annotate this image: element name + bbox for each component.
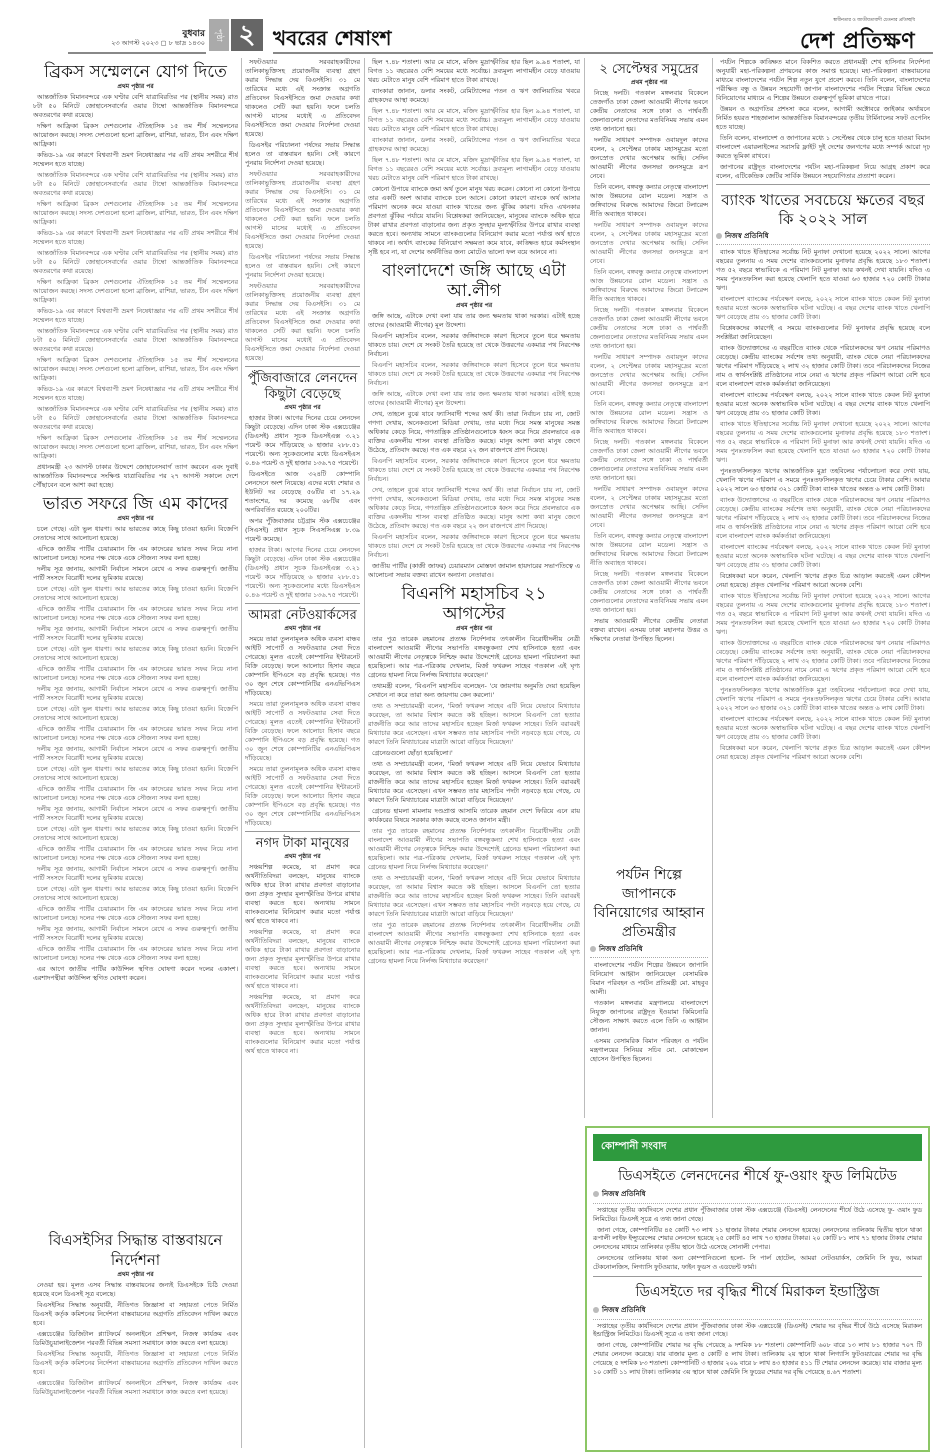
paragraph: বাংলাদেশ ব্যাংকের পর্যবেক্ষণ বলছে, ২০২২ … [716,295,930,322]
paragraph: আন্তর্জাতিক বিমানবন্দরে এক ঘণ্টার বেশি য… [33,171,238,198]
paragraph: অপর পুঁজিবাজার চট্টগ্রাম স্টক এক্সচেঞ্জে… [245,517,360,544]
paragraph: বাংলাদেশের পর্যটন শিল্পের উন্নয়নে জাপান… [590,961,708,997]
company-news-banner: কোম্পানী সংবাদ [593,1134,922,1161]
paragraph: এদিকে জাতীয় পার্টির চেয়ারম্যান জি এম ক… [33,905,238,923]
divider [716,244,930,245]
paragraph: এক্সচেঞ্জের ডিজিটাল প্ল্যাটফর্মে অনলাইনে… [33,1379,238,1397]
column-divider [712,58,713,1118]
headline: ব্যাংক খাতের সবচেয়ে ক্ষতের বছর কি ২০২২ … [716,191,930,229]
byline-text: নিজস্ব প্রতিনিধি [602,1306,646,1314]
paragraph: কোনো উপায়ে ব্যাংকে জমা অর্থ তুলে মানুষ … [368,185,580,257]
paragraph: তার পুত্র তারেক রহমানের প্রত্যক্ষ নির্দে… [368,635,580,680]
masthead: বুধবার ২৩ আগস্ট ২০২৩ ▢ ৮ ভাদ্র ১৪৩০ পৃষ্… [35,14,935,52]
paragraph: সঞ্চয়শিল্প কমেছে, যা প্রমাণ করে অর্থনীত… [245,863,360,926]
paragraph: এসময় বেসামরিক বিমান পরিবহন ও পর্যটন মন্… [590,1037,708,1064]
paragraph: তিনি বলেন, বঙ্গবন্ধু কন্যার নেতৃত্বে বাং… [590,532,708,568]
article-tourism: পর্যটন শিল্পে জাপানকে বিনিয়োগের আহ্বান … [590,862,708,1120]
paragraph: নিচ্ছে দলটি। গতকাল মঙ্গলবার বিকেলে তেজগা… [590,438,708,483]
headline: বাংলাদেশে জঙ্গি আছে এটা আ.লীগ [368,261,580,301]
paragraph: হাজার টাকা। আগের দিনের চেয়ে লেনদেন কিছু… [245,414,360,468]
divider [593,1203,922,1204]
byline-text: নিজস্ব প্রতিনিধি [725,232,769,240]
continued-label: প্রথম পৃষ্ঠার পর [368,301,580,310]
byline: নিজস্ব প্রতিনিধি [716,232,930,241]
continued-label: প্রথম পৃষ্ঠার পর [245,852,360,861]
paragraph: এদিকে জাতীয় পার্টির চেয়ারম্যান জি এম ক… [33,845,238,863]
divider [590,957,708,958]
paragraph: এক্সচেঞ্জের ডিজিটাল প্ল্যাটফর্মে অনলাইনে… [33,1330,238,1348]
page-number: ২ [231,19,263,51]
paragraph: দেখ, তাহলে বুঝে যাবে ফ্যাসিবাদী শব্দের অ… [368,410,580,455]
paragraph: বিশ্লেষকদের কারণেই এ সময়ে ব্যাংকগুলোর ন… [716,324,930,342]
newspaper-page: বুধবার ২৩ আগস্ট ২০২৩ ▢ ৮ ভাদ্র ১৪৩০ পৃষ্… [0,0,945,1452]
headline: আমরা নেটওয়ার্কসের [245,608,360,624]
paragraph: জানা গেছে, কোম্পানিটির ৪৫ কোটি ৭৩ লাখ ১১… [593,1227,922,1253]
column-divider [584,58,585,1118]
paragraph: দক্ষিণ আফ্রিকা ব্রিকস দেশগুলোর ঐতিহাসিক … [33,278,238,305]
paragraph: বাংলাদেশ ব্যাংকের পর্যবেক্ষণ বলছে, ২০২২ … [716,391,930,418]
publication-date: ২৩ আগস্ট ২০২৩ ▢ ৮ ভাদ্র ১৪৩০ [65,38,205,49]
headline: পুঁজিবাজারে লেনদেন কিছুটা বেড়েছে [245,371,360,403]
divider [245,831,360,832]
paragraph: তথ্য ও সম্প্রচারমন্ত্রী বলেন, 'মির্জা ফখ… [368,874,580,919]
paragraph: হাজার টাকা। আগের দিনের চেয়ে লেনদেন কিছু… [245,546,360,600]
headline: বিএনপি মহাসচিব ২১ আগস্টের [368,584,580,624]
paragraph: বাংলাদেশ ব্যাংকের পর্যবেক্ষণ বলছে, ২০২২ … [716,543,930,570]
paragraph: গ্রেনেড হামলা মামলায় দণ্ডপ্রাপ্ত আসামি … [368,807,580,825]
paragraph: লেনদেনের তালিকায় থাকা অন্য কোম্পানিগুলো… [593,1255,922,1273]
paragraph: বিএনপি মহাসচিব বলেন, সরকার জঙ্গিবাদকে কা… [368,361,580,388]
article-bnp-secretary: বিএনপি মহাসচিব ২১ আগস্টের প্রথম পৃষ্ঠার … [368,584,580,966]
paragraph: বিশ্লেষকরা মনে করেন, খেলাপি ঋণের প্রকৃত … [716,744,930,762]
byline-text: নিজস্ব প্রতিনিধি [602,1190,646,1198]
headline: নগদ টাকা মানুষের [245,836,360,852]
paragraph: আন্তর্জাতিক বিমানবন্দরে এক ঘণ্টার বেশি য… [33,249,238,276]
paragraph: দলীয় সূত্র জানায়, আগামী নির্বাচন সামনে… [33,925,238,943]
paragraph: এদিকে জাতীয় পার্টির চেয়ারম্যান জি এম ক… [33,665,238,683]
byline: নিজস্ব প্রতিনিধি [593,1304,922,1316]
paragraph: কভিড-১৯ এর কারণে বিশ্বব্যাপী ভ্রমণ নিষেধ… [33,307,238,325]
headline: পর্যটন শিল্পে জাপানকে বিনিয়োগের আহ্বান … [590,866,708,942]
paragraph: দলটির সাধারণ সম্পাদক ওবায়দুল কাদের বলেন… [590,136,708,181]
paragraph: দলীয় সূত্র জানায়, আগামী নির্বাচন সামনে… [33,685,238,703]
paragraph: সঞ্চয়শিল্প কমেছে, যা প্রমাণ করে অর্থনীত… [245,928,360,991]
continued-label: প্রথম পৃষ্ঠার পর [33,514,238,523]
brand-name: দেশ প্রতিক্ষণ [800,24,915,61]
paragraph: চলে গেছে। এটা ভুল ধারণা। আর ভারতের কাছে … [33,705,238,723]
paragraph: ছিল ৭.৪৮ শতাংশ। আর মে মাসে, মজিদ মুদ্রাস… [368,156,580,183]
paragraph: চলে গেছে। এটা ভুল ধারণা। আর ভারতের কাছে … [33,765,238,783]
paragraph: সময়ে তারা তুলনামূলক অধিক ব্যবসা বান্ধব … [245,635,360,698]
paragraph: দলীয় সূত্র জানায়, আগামী নির্বাচন সামনে… [33,805,238,823]
article-gm-quader: ভারত সফরে জি এম কাদের প্রথম পৃষ্ঠার পর চ… [33,494,238,983]
paragraph: তথ্যমন্ত্রী বলেন, 'বিএনপি মহাসচিব বলেছেন… [368,682,580,700]
paragraph: ডিএসইতে আজ ৩২৪টি কোম্পানি লেনদেনে অংশ নি… [245,470,360,515]
brand-tagline: স্বাধীনতার ও জাতীয়তাবাদী চেতনার প্রতিচ্… [800,17,915,24]
paragraph: চলে গেছে। এটা ভুল ধারণা। আর ভারতের কাছে … [33,585,238,603]
paragraph: উন্নয়ন ও অগ্রগতির প্রশংসা করে বলেন, আগা… [716,105,930,132]
article-fu-wang: ডিএসইতে লেনদেনের শীর্ষে ফু-ওয়াং ফুড লিম… [593,1167,922,1273]
paragraph: দক্ষিণ আফ্রিকা ব্রিকস দেশগুলোর ঐতিহাসিক … [33,122,238,149]
continued-label: প্রথম পৃষ্ঠার পর [33,82,238,91]
bullet-icon [716,233,722,239]
paragraph: নিচ্ছে দলটি। গতকাল মঙ্গলবার বিকেলে তেজগা… [590,570,708,615]
paragraph: বিএনপি মহাসচিব বলেন, সরকার জঙ্গিবাদকে কা… [368,533,580,560]
headline: ২ সেপ্টেম্বর সমুদ্রের [590,62,708,78]
paragraph: তার পুত্র তারেক রহমানের প্রত্যক্ষ নির্দে… [368,827,580,872]
newspaper-logo: স্বাধীনতার ও জাতীয়তাবাদী চেতনার প্রতিচ্… [800,17,915,61]
paragraph: ব্যাংক খাতে ইতিহাসের সর্বোচ্চ নিট মুনাফা… [716,248,930,293]
byline: নিজস্ব প্রতিনিধি [590,945,708,954]
paragraph: ব্যাংকারা জানান, ডলার সংকট, রেমিট্যান্সে… [368,136,580,154]
continued-label: প্রথম পৃষ্ঠার পর [33,1270,238,1279]
paragraph: কভিড-১৯ এর কারণে বিশ্বব্যাপী ভ্রমণ নিষেধ… [33,229,238,247]
paragraph: ব্যাংক উদ্যোক্তাদের এ বছরটিতে ব্যাংক থেক… [716,344,930,389]
paragraph: বিশ্লেষকরা মনে করেন, খেলাপি ঋণের প্রকৃত … [716,572,930,590]
paragraph: নেওয়া হয়। মূলত এসব সিদ্ধান্ত বাস্তবায়… [33,1281,238,1299]
page-label: পৃষ্ঠা [209,19,229,51]
paragraph: জঙ্গি আছে, এটাকে দেখা বলা যায় তার জন্য … [368,312,580,330]
paragraph: তথ্য ও সম্প্রচারমন্ত্রী বলেন, 'মির্জা ফখ… [368,760,580,805]
paragraph: পুনঃতফসিলকৃত ঋণের আন্তর্জাতিক মুদ্রা তহব… [716,467,930,494]
column-divider [241,58,242,1448]
paragraph: সফটওয়্যার সরবরাহকারীদের তালিকাভুক্তিসহ … [245,170,360,251]
paragraph: সঞ্চয়শিল্প কমেছে, যা প্রমাণ করে অর্থনীত… [245,993,360,1056]
paragraph: ব্যাংকারা জানান, ডলার সংকট, রেমিট্যান্সে… [368,87,580,105]
company-news-box: কোম্পানী সংবাদ ডিএসইতে লেনদেনের শীর্ষে ফ… [585,1126,930,1452]
paragraph: চলে গেছে। এটা ভুল ধারণা। আর ভারতের কাছে … [33,885,238,903]
paragraph: জাপানের রাষ্ট্রদূত বাংলাদেশের পর্যটন মহা… [716,163,930,181]
bullet-icon [590,946,596,952]
paragraph: চলে গেছে। এটা ভুল ধারণা। আর ভারতের কাছে … [33,525,238,543]
paragraph: দলীয় সূত্র জানায়, আগামী নির্বাচন সামনে… [33,625,238,643]
paragraph: ছিল ৭.৪৮ শতাংশ। আর মে মাসে, মজিদ মুদ্রাস… [368,58,580,85]
paragraph: তিনি বলেন, বাংলাদেশ ও জাপানের মধ্যে ১ সে… [716,134,930,161]
paragraph: সফটওয়্যার সরবরাহকারীদের তালিকাভুক্তিসহ … [245,58,360,139]
paragraph: জানা গেছে, কোম্পানিটির শেয়ার দর বৃদ্ধি … [593,1342,922,1377]
paragraph: সপ্তাহের তৃতীয় কার্যদিবসে দেশের প্রধান … [593,1323,922,1341]
paragraph: জঙ্গি আছে, এটাকে দেখা বলা যায় তার জন্য … [368,390,580,408]
divider [593,1276,922,1277]
paragraph: দেখ, তাহলে বুঝে যাবে ফ্যাসিবাদী শব্দের অ… [368,486,580,531]
continued-label: প্রথম পৃষ্ঠার পর [245,624,360,633]
headline: বিএসইসির সিদ্ধান্ত বাস্তবায়নে নির্দেশনা [33,1230,238,1270]
paragraph: নিচ্ছে দলটি। গতকাল মঙ্গলবার বিকেলে তেজগা… [590,89,708,134]
paragraph: পুনঃতফসিলকৃত ঋণের আন্তর্জাতিক মুদ্রা তহব… [716,686,930,713]
paragraph: বিএসইসির সিদ্ধান্ত অনুযায়ী, নীতিগত জিজ্… [33,1350,238,1377]
column-divider [364,58,365,1448]
paragraph: দলটির সাধারণ সম্পাদক ওবায়দুল কাদের বলেন… [590,353,708,398]
paragraph: দলীয় সূত্র জানায়, আগামী নির্বাচন সামনে… [33,745,238,763]
paragraph: আন্তর্জাতিক বিমানবন্দরে এক ঘণ্টার বেশি য… [33,405,238,432]
paragraph: নিচ্ছে দলটি। গতকাল মঙ্গলবার বিকেলে তেজগা… [590,306,708,351]
paragraph: ব্যাংক উদ্যোক্তাদের এ বছরটিতে ব্যাংক থেক… [716,496,930,541]
paragraph: ব্যাংক খাতে ইতিহাসের সর্বোচ্চ নিট মুনাফা… [716,592,930,637]
column-right: পর্যটন শিল্পকে কাঙ্ক্ষিত মানে বিকশিত করত… [716,58,930,1120]
paragraph: তিনি বলেন, বঙ্গবন্ধু কন্যার নেতৃত্বে বাং… [590,268,708,304]
paragraph: দক্ষিণ আফ্রিকা ব্রিকস দেশগুলোর ঐতিহাসিক … [33,200,238,227]
paragraph: এদিকে জাতীয় পার্টির চেয়ারম্যান জি এম ক… [33,945,238,963]
paragraph: সময়ে তারা তুলনামূলক অধিক ব্যবসা বান্ধব … [245,765,360,828]
continued-label: প্রথম পৃষ্ঠার পর [590,78,708,87]
paragraph: তিনি বলেন, বঙ্গবন্ধু কন্যার নেতৃত্বে বাং… [590,400,708,436]
paragraph: চলে গেছে। এটা ভুল ধারণা। আর ভারতের কাছে … [33,825,238,843]
paragraph: দক্ষিণ আফ্রিকা ব্রিকস দেশগুলোর ঐতিহাসিক … [33,356,238,383]
column-middle: ছিল ৭.৪৮ শতাংশ। আর মে মাসে, মজিদ মুদ্রাস… [368,58,580,1448]
headline: ডিএসইতে লেনদেনের শীর্ষে ফু-ওয়াং ফুড লিম… [593,1167,922,1185]
paragraph: সপ্তাহের তৃতীয় কার্যদিবসে দেশের প্রধান … [593,1207,922,1225]
paragraph: জাতীয় পার্টির (কাজী জাফর) চেয়ারম্যান ম… [368,562,580,580]
paragraph: কভিড-১৯ এর কারণে বিশ্বব্যাপী ভ্রমণ নিষেধ… [33,151,238,169]
paragraph: দক্ষিণ আফ্রিকা ব্রিকস দেশগুলোর ঐতিহাসিক … [33,434,238,461]
article-bank-inflation: ছিল ৭.৪৮ শতাংশ। আর মে মাসে, মজিদ মুদ্রাস… [368,58,580,257]
paragraph: সময়ে তারা তুলনামূলক অধিক ব্যবসা বান্ধব … [245,700,360,763]
headline: ডিএসইতে দর বৃদ্ধির শীর্ষে মিরাকল ইন্ডাস্… [593,1283,922,1301]
paragraph: বিএনপি মহাসচিব বলেন, সরকার জঙ্গিবাদকে কা… [368,332,580,359]
paragraph: এর আগে জাতীয় পার্টির কাউন্সিল স্থগিত ঘো… [33,965,238,983]
paragraph: ব্যাংক উদ্যোক্তাদের এ বছরটিতে ব্যাংক থেক… [716,639,930,684]
byline-text: নিজস্ব প্রতিনিধি [599,945,643,953]
divider [716,184,930,185]
paragraph: সফটওয়্যার সরবরাহকারীদের তালিকাভুক্তিসহ … [245,282,360,363]
paragraph: গতকাল মঙ্গলবার মন্ত্রণালয়ে বাংলাদেশে নি… [590,999,708,1035]
article-brics: ব্রিকস সম্মেলনে যোগ দিতে প্রথম পৃষ্ঠার প… [33,62,238,490]
article-sept2: ২ সেপ্টেম্বর সমুদ্রের প্রথম পৃষ্ঠার পর ন… [590,62,708,644]
article-bank-2022: ব্যাংক খাতের সবচেয়ে ক্ষতের বছর কি ২০২২ … [716,191,930,762]
paragraph: দলটির সাধারণ সম্পাদক ওবায়দুল কাদের বলেন… [590,485,708,530]
continued-label: প্রথম পৃষ্ঠার পর [368,624,580,633]
paragraph: ব্যাংক খাতে ইতিহাসের সর্বোচ্চ নিট মুনাফা… [716,420,930,465]
headline: ব্রিকস সম্মেলনে যোগ দিতে [33,62,238,82]
byline: নিজস্ব প্রতিনিধি [593,1188,922,1200]
divider [245,603,360,604]
article-miracle: ডিএসইতে দর বৃদ্ধির শীর্ষে মিরাকল ইন্ডাস্… [593,1283,922,1378]
paragraph: ডিএসইর পরিচালনা পর্ষদের সভায় সিদ্ধান্ত … [245,141,360,168]
paragraph: দলটির সাধারণ সম্পাদক ওবায়দুল কাদের বলেন… [590,221,708,266]
paragraph: ছিল ৭.৪৮ শতাংশ। আর মে মাসে, মজিদ মুদ্রাস… [368,107,580,134]
paragraph: দলীয় সূত্র জানায়, আগামী নির্বাচন সামনে… [33,565,238,583]
paragraph: বিএসইসির সিদ্ধান্ত অনুযায়ী, নীতিগত জিজ্… [33,1301,238,1328]
bullet-icon [593,1307,599,1313]
paragraph: তার পুত্র তারেক রহমানের প্রত্যক্ষ নির্দে… [368,921,580,966]
paragraph: দলীয় সূত্র জানায়, আগামী নির্বাচন সামনে… [33,865,238,883]
paragraph: গ্রেনেডগুলো ছোঁড়া হয়েছিলো।' [368,749,580,758]
paragraph: আন্তর্জাতিক বিমানবন্দরে এক ঘণ্টার বেশি য… [33,93,238,120]
continued-label: প্রথম পৃষ্ঠার পর [245,403,360,412]
masthead-rule-left [68,52,206,54]
paragraph: পর্যটন শিল্পকে কাঙ্ক্ষিত মানে বিকশিত করত… [716,58,930,103]
paragraph: এদিকে জাতীয় পার্টির চেয়ারম্যান জি এম ক… [33,605,238,623]
headline: ভারত সফরে জি এম কাদের [33,494,238,514]
paragraph: কভিড-১৯ এর কারণে বিশ্বব্যাপী ভ্রমণ নিষেধ… [33,385,238,403]
article-militancy: বাংলাদেশে জঙ্গি আছে এটা আ.লীগ প্রথম পৃষ্… [368,261,580,580]
paragraph: এদিকে জাতীয় পার্টির চেয়ারম্যান জি এম ক… [33,785,238,803]
paragraph: সভায় আওয়ামী লীগের কেন্দ্রীয় নেতারা বক… [590,617,708,644]
paragraph: তিনি বলেন, বঙ্গবন্ধু কন্যার নেতৃত্বে বাং… [590,183,708,219]
article-bsec: বিএসইসির সিদ্ধান্ত বাস্তবায়নে নির্দেশনা… [33,1226,238,1446]
paragraph: আন্তর্জাতিক বিমানবন্দরে এক ঘণ্টার বেশি য… [33,327,238,354]
paragraph: এদিকে জাতীয় পার্টির চেয়ারম্যান জি এম ক… [33,725,238,743]
paragraph: প্রধানমন্ত্রী ২৩ আগস্ট ঢাকার উদ্দেশে জোহ… [33,463,238,490]
paragraph: চলে গেছে। এটা ভুল ধারণা। আর ভারতের কাছে … [33,645,238,663]
divider [593,1319,922,1320]
divider [245,366,360,367]
paragraph: ডিএসইর পরিচালনা পর্ষদের সভায় সিদ্ধান্ত … [245,253,360,280]
paragraph: তথ্য ও সম্প্রচারমন্ত্রী বলেন, 'মির্জা ফখ… [368,702,580,747]
paragraph: এদিকে জাতীয় পার্টির চেয়ারম্যান জি এম ক… [33,545,238,563]
paragraph: বিএনপি মহাসচিব বলেন, সরকার জঙ্গিবাদকে কা… [368,457,580,484]
paragraph: বাংলাদেশ ব্যাংকের পর্যবেক্ষণ বলছে, ২০২২ … [716,715,930,742]
bullet-icon [593,1191,599,1197]
column-second: সফটওয়্যার সরবরাহকারীদের তালিকাভুক্তিসহ … [245,58,360,1448]
